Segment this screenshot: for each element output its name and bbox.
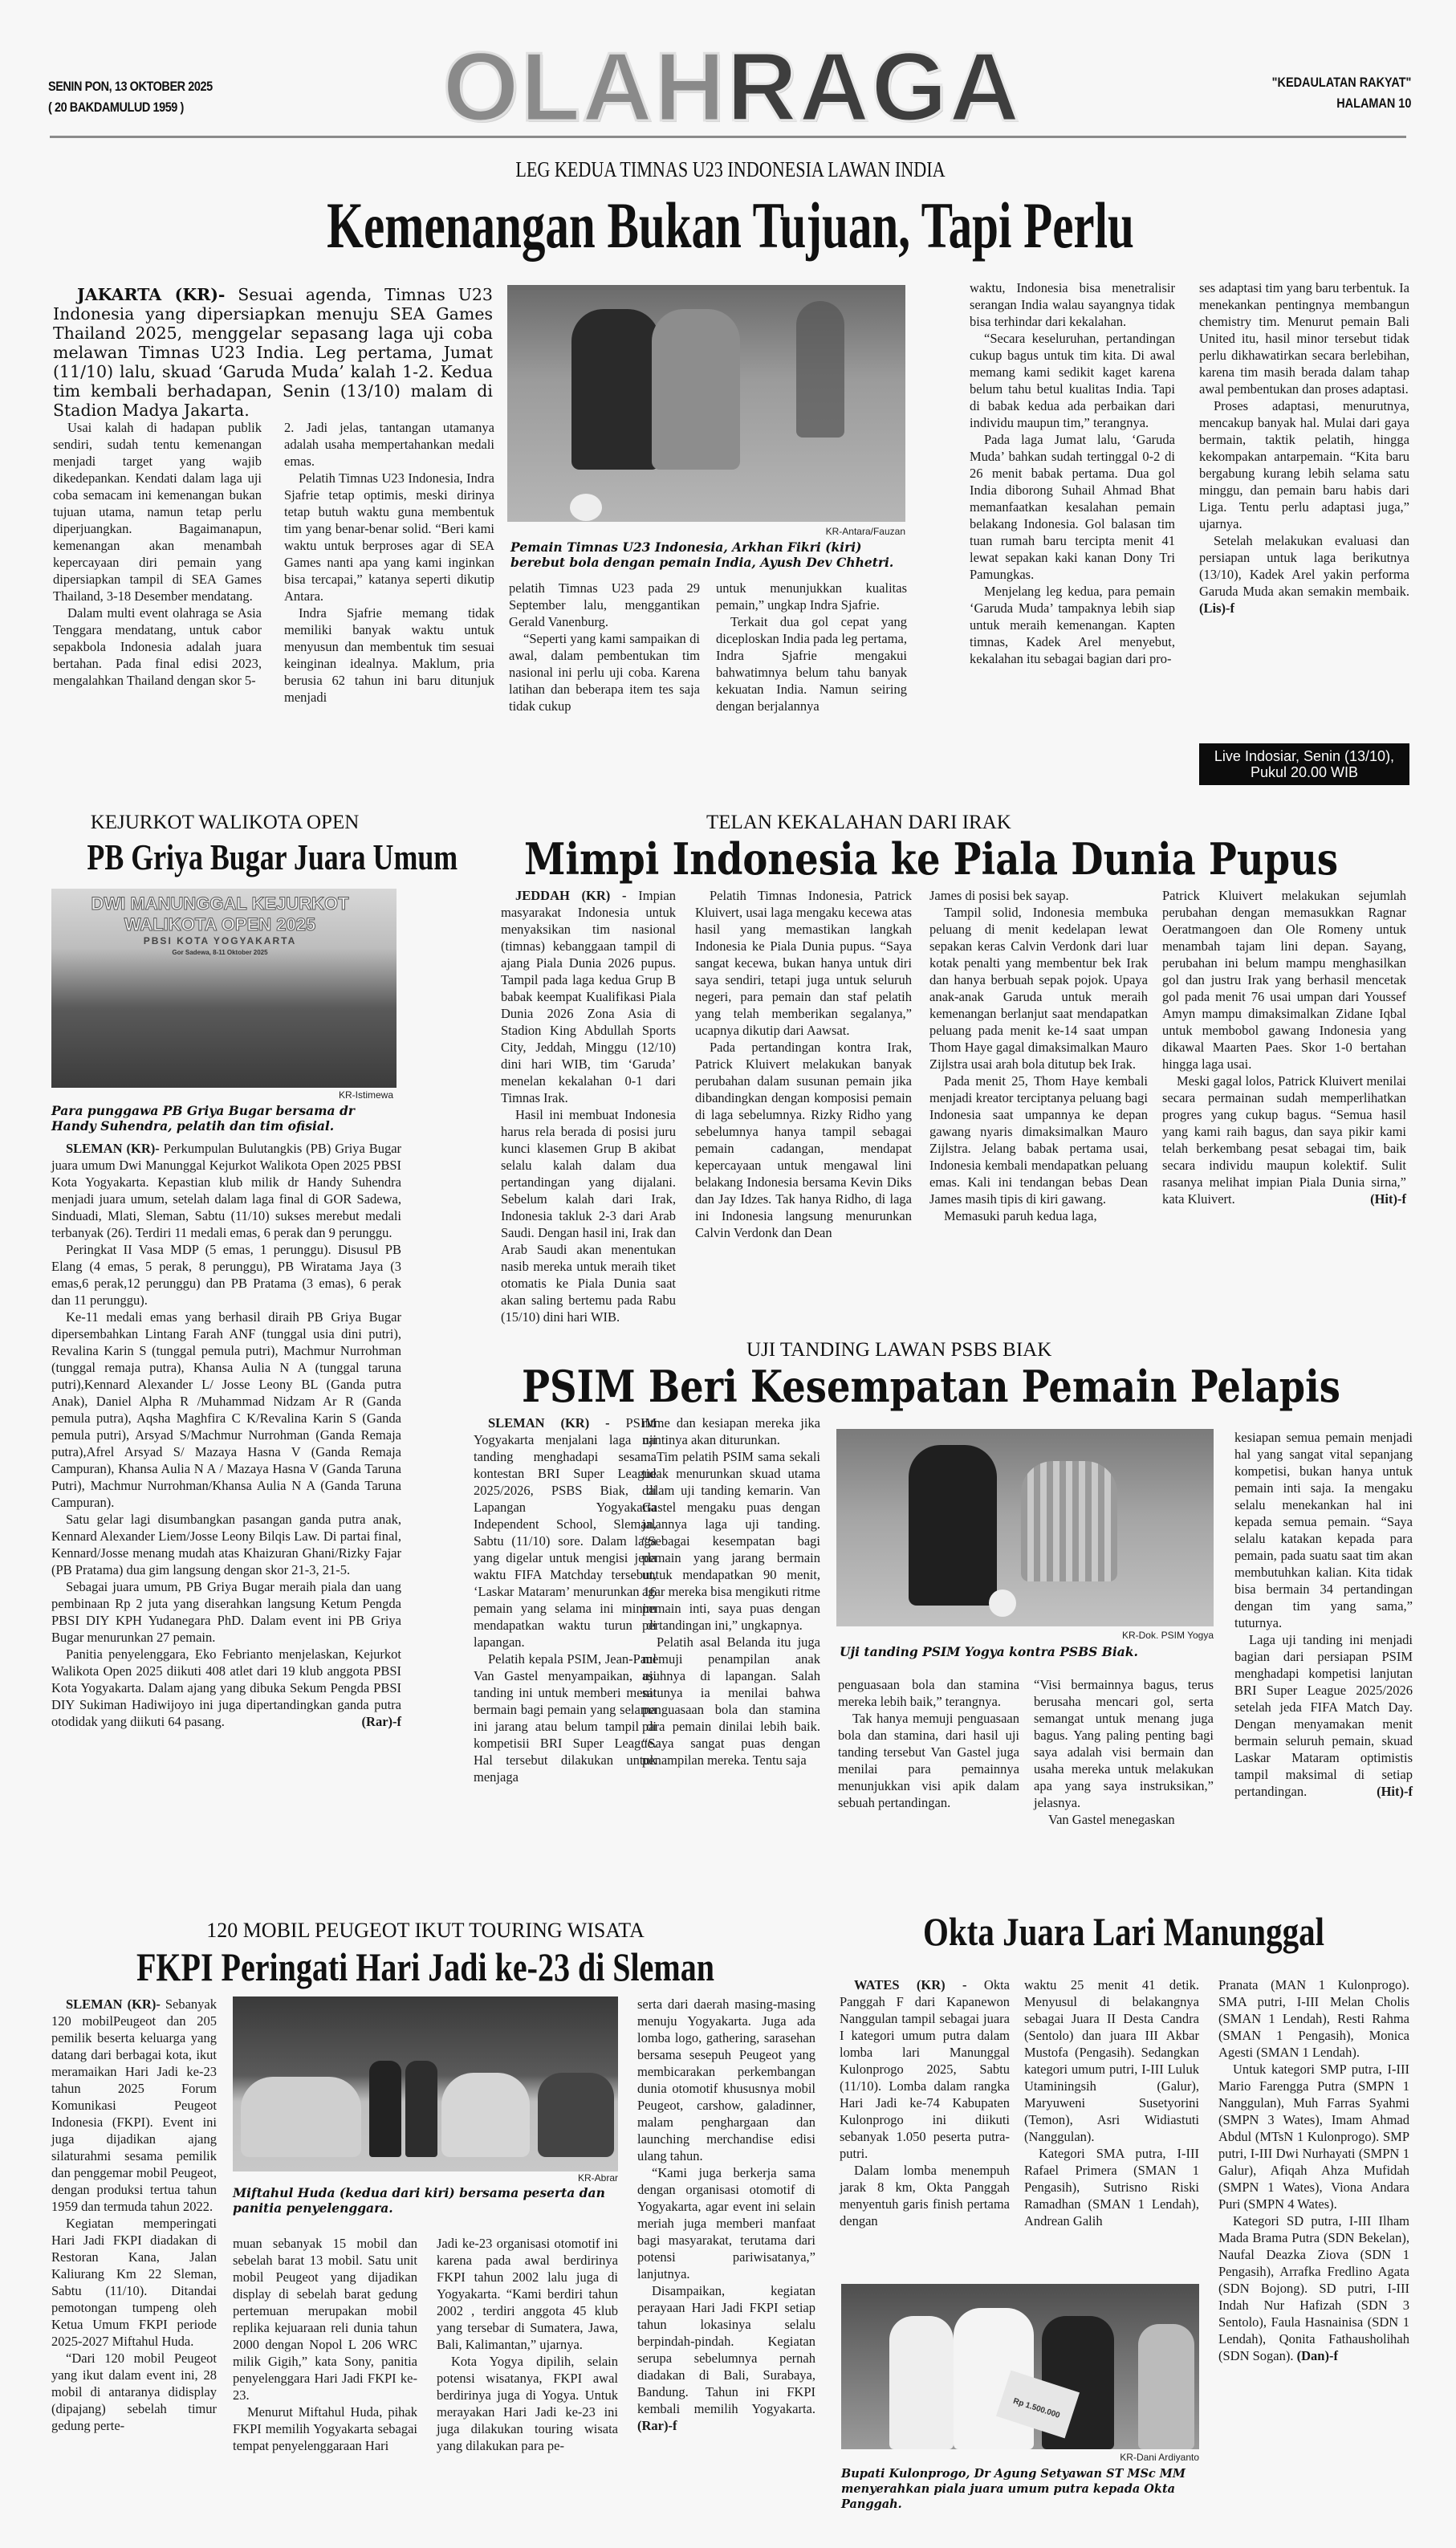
person-figure (405, 2061, 437, 2157)
signoff: (Lis)-f (1199, 600, 1234, 616)
article-column: pelatih Timnas U23 pada 29 September lal… (509, 580, 700, 714)
article-column: penguasaan bola dan stamina mereka lebih… (838, 1676, 1019, 1811)
person-figure (889, 2316, 954, 2449)
photo-psim-match (836, 1429, 1214, 1626)
article-body: SLEMAN (KR)- Perkumpulan Bulutangkis (PB… (51, 1140, 401, 1730)
signoff: (Dan)-f (1297, 2348, 1338, 2363)
article-column: serta dari daerah masing-masing menuju Y… (637, 1996, 815, 2434)
paragraph: Terkait dua gol cepat yang diceploskan I… (716, 613, 907, 714)
person-figure (369, 2061, 401, 2157)
dateline: SLEMAN (KR)- (66, 1996, 161, 2012)
photo-caption: Pemain Timnas U23 Indonesia, Arkhan Fikr… (510, 539, 909, 570)
paragraph: Untuk kategori SMP putra, I-III Mario Fa… (1218, 2061, 1409, 2212)
paragraph: waktu, Indonesia bisa menetralisir seran… (970, 279, 1175, 330)
article-column: muan sebanyak 15 mobil dan sebelah barat… (233, 2235, 417, 2454)
paragraph: untuk menunjukkan kualitas pemain,” ungk… (716, 580, 907, 613)
dateline: JEDDAH (KR) - (515, 888, 627, 903)
dateline: SLEMAN (KR)- (66, 1141, 160, 1156)
broadcast-line: Live Indosiar, Senin (13/10), (1202, 748, 1406, 764)
paragraph: “Visi bermainnya bagus, terus berusaha m… (1034, 1676, 1214, 1811)
dateline: SLEMAN (KR) - (488, 1415, 610, 1431)
article-column: Patrick Kluivert melakukan sejumlah peru… (1162, 887, 1406, 1207)
paragraph: Dalam lomba menempuh jarak 8 km, Okta Pa… (840, 2162, 1010, 2229)
date-line: SENIN PON, 13 OKTOBER 2025 (48, 76, 213, 97)
signoff: (Hit)-f (1356, 1191, 1406, 1207)
paragraph: Satu gelar lagi disumbangkan pasangan ga… (51, 1511, 401, 1578)
paragraph: Tampil solid, Indonesia membuka peluang … (929, 904, 1148, 1073)
logo-part-raga: RAGA (726, 47, 1021, 127)
article-headline: FKPI Peringati Hari Jadi ke-23 di Sleman (124, 1943, 727, 1991)
lead-text: Sesuai agenda, Timnas U23 Indonesia yang… (53, 285, 493, 420)
paragraph: PSIM Yogyakarta menjalani laga uji tandi… (474, 1415, 657, 1650)
paragraph: Impian masyarakat Indonesia untuk menyak… (501, 888, 676, 1105)
logo-part-olah: OLAH (443, 47, 727, 127)
paragraph: Dalam multi event olahraga se Asia Tengg… (53, 604, 262, 689)
photo-credit: KR-Antara/Fauzan (507, 526, 905, 537)
signoff: (Rar)-f (348, 1713, 401, 1730)
dateline: JAKARTA (KR)- (77, 285, 225, 304)
paragraph: Pada laga Jumat lalu, ‘Garuda Muda’ bahk… (970, 431, 1175, 583)
paragraph: Kategori SD putra, I-III Ilham Mada Bram… (1218, 2213, 1409, 2363)
article-column: Pranata (MAN 1 Kulonprogo). SMA putri, I… (1218, 1976, 1409, 2364)
article-kicker: LEG KEDUA TIMNAS U23 INDONESIA LAWAN IND… (171, 157, 1290, 182)
broadcast-time: Pukul 20.00 WIB (1202, 764, 1406, 780)
article-lead: JAKARTA (KR)- Sesuai agenda, Timnas U23 … (53, 285, 493, 420)
paragraph: Laga uji tanding ini menjadi bagian dari… (1234, 1632, 1413, 1799)
dateline: WATES (KR) - (854, 1977, 967, 1992)
paragraph: ses adaptasi tim yang baru terbentuk. Ia… (1199, 279, 1409, 397)
paragraph: Memasuki paruh kedua laga, (929, 1207, 1148, 1224)
player-figure (1021, 1461, 1117, 1581)
javanese-date: ( 20 BAKDAMULUD 1959 ) (48, 97, 213, 118)
paragraph: “Dari 120 mobil Peugeot yang ikut dalam … (51, 2350, 217, 2434)
banner-venue: Gor Sadewa, 8-11 Oktober 2025 (83, 949, 356, 956)
paragraph: Kota Yogya dipilih, selain potensi wisat… (437, 2353, 618, 2454)
car-figure (538, 2073, 614, 2157)
article-column: ritme dan kesiapan mereka jika nantinya … (642, 1414, 820, 1769)
paragraph: kesiapan semua pemain menjadi hal yang s… (1234, 1429, 1413, 1631)
ball (570, 494, 602, 521)
photo-caption: Para punggawa PB Griya Bugar bersama dr … (51, 1103, 401, 1134)
paragraph: Hasil ini membuat Indonesia harus rela b… (501, 1106, 676, 1325)
masthead-date: SENIN PON, 13 OKTOBER 2025 ( 20 BAKDAMUL… (48, 76, 213, 118)
broadcast-info-box: Live Indosiar, Senin (13/10), Pukul 20.0… (1199, 743, 1409, 785)
paragraph: Menjelang leg kedua, para pemain ‘Garuda… (970, 583, 1175, 667)
section-logo: OLAHRAGA (321, 47, 1143, 127)
paragraph: Pranata (MAN 1 Kulonprogo). SMA putri, I… (1218, 1976, 1409, 2061)
paragraph: Usai kalah di hadapan publik sendiri, su… (53, 419, 262, 604)
signoff: (Hit)-f (1362, 1783, 1413, 1800)
paragraph: Sebanyak 120 mobilPeugeot dan 205 pemili… (51, 1996, 217, 2214)
car-figure (441, 2073, 530, 2157)
paragraph: Kegiatan memperingati Hari Jadi FKPI dia… (51, 2215, 217, 2350)
paragraph: waktu 25 menit 41 detik. Menyusul di bel… (1024, 1976, 1199, 2145)
article-column: JEDDAH (KR) - Impian masyarakat Indonesi… (501, 887, 676, 1325)
paragraph: Tim pelatih PSIM sama sekali tidak menur… (642, 1448, 820, 1634)
paragraph: Setelah melakukan evaluasi dan persiapan… (1199, 533, 1409, 599)
paragraph: Pelatih Timnas Indonesia, Patrick Kluive… (695, 887, 912, 1039)
article-headline: Okta Juara Lari Manunggal (887, 1907, 1360, 1956)
article-column: SLEMAN (KR) - PSIM Yogyakarta menjalani … (474, 1414, 657, 1785)
paragraph: “Secara keseluruhan, pertandingan cukup … (970, 330, 1175, 431)
article-column: kesiapan semua pemain menjadi hal yang s… (1234, 1429, 1413, 1800)
paragraph: James di posisi bek sayap. (929, 887, 1148, 904)
article-headline: PSIM Beri Kesempatan Pemain Pelapis (517, 1362, 1345, 1410)
article-kicker: KEJURKOT WALIKOTA OPEN (48, 812, 401, 834)
car-figure (241, 2077, 361, 2157)
paragraph: “Kami juga berkerja sama dengan organisa… (637, 2164, 815, 2282)
paragraph: “Seperti yang kami sampaikan di awal, da… (509, 630, 700, 714)
paragraph: serta dari daerah masing-masing menuju Y… (637, 1996, 815, 2164)
banner-subtitle: WALIKOTA OPEN 2025 (83, 914, 356, 935)
article-kicker: 120 MOBIL PEUGEOT IKUT TOURING WISATA (48, 1919, 803, 1943)
paragraph: Ke-11 medali emas yang berhasil diraih P… (51, 1309, 401, 1511)
article-column: Jadi ke-23 organisasi otomotif ini karen… (437, 2235, 618, 2454)
paragraph: Sebagai juara umum, PB Griya Bugar merai… (51, 1578, 401, 1646)
photo-peugeot-cars (233, 1996, 618, 2171)
photo-credit: KR-Istimewa (51, 1089, 393, 1101)
photo-credit: KR-Abrar (233, 2172, 618, 2184)
article-column: WATES (KR) - Okta Panggah F dari Kapanew… (840, 1976, 1010, 2229)
paragraph: Kategori SMA putra, I-III Rafael Primera… (1024, 2145, 1199, 2229)
paragraph: Jadi ke-23 organisasi otomotif ini karen… (437, 2235, 618, 2353)
paragraph: Tak hanya memuji penguasaan bola dan sta… (838, 1710, 1019, 1811)
article-column: “Visi bermainnya bagus, terus berusaha m… (1034, 1676, 1214, 1828)
paragraph: Pada pertandingan kontra Irak, Patrick K… (695, 1039, 912, 1241)
paragraph: Pelatih kepala PSIM, Jean-Paul Van Gaste… (474, 1651, 657, 1785)
page-number: HALAMAN 10 (1271, 93, 1411, 114)
banner-organizer: PBSI KOTA YOGYAKARTA (83, 935, 356, 946)
paragraph: 2. Jadi jelas, tantangan utamanya adalah… (284, 419, 494, 470)
paragraph: Pelatih asal Belanda itu juga memuji pen… (642, 1634, 820, 1769)
masthead-publication: "KEDAULATAN RAKYAT" HALAMAN 10 (1271, 72, 1411, 114)
paragraph: penguasaan bola dan stamina mereka lebih… (838, 1676, 1019, 1710)
article-headline: PB Griya Bugar Juara Umum (87, 835, 362, 880)
article-column: waktu, Indonesia bisa menetralisir seran… (970, 279, 1175, 667)
article-headline: Kemenangan Bukan Tujuan, Tapi Perlu (239, 189, 1222, 262)
article-column: James di posisi bek sayap. Tampil solid,… (929, 887, 1148, 1224)
article-kicker: UJI TANDING LAWAN PSBS BIAK (746, 1339, 1228, 1362)
photo-credit: KR-Dok. PSIM Yogya (836, 1630, 1214, 1641)
person-figure (1138, 2324, 1194, 2449)
paragraph: ritme dan kesiapan mereka jika nantinya … (642, 1414, 820, 1448)
article-column: 2. Jadi jelas, tantangan utamanya adalah… (284, 419, 494, 706)
article-kicker: TELAN KEKALAHAN DARI IRAK (706, 812, 1204, 834)
player-figure (571, 309, 660, 470)
paragraph: Proses adaptasi, menurutnya, mencakup ba… (1199, 397, 1409, 532)
paragraph: Menurut Miftahul Huda, pihak FKPI memili… (233, 2404, 417, 2454)
signoff: (Rar)-f (637, 2418, 677, 2433)
player-figure (652, 309, 740, 470)
paragraph: Okta Panggah F dari Kapanewon Nanggulan … (840, 1977, 1010, 2161)
article-column: Pelatih Timnas Indonesia, Patrick Kluive… (695, 887, 912, 1241)
paragraph: Indra Sjafrie memang tidak memiliki bany… (284, 604, 494, 706)
article-column: ses adaptasi tim yang baru terbentuk. Ia… (1199, 279, 1409, 617)
article-column: untuk menunjukkan kualitas pemain,” ungk… (716, 580, 907, 714)
article-headline: Mimpi Indonesia ke Piala Dunia Pupus (517, 835, 1345, 883)
banner-title: DWI MANUNGGAL KEJURKOT (83, 893, 356, 914)
paragraph: Pelatih Timnas U23 Indonesia, Indra Sjaf… (284, 470, 494, 604)
paragraph: Patrick Kluivert melakukan sejumlah peru… (1162, 887, 1406, 1073)
paragraph: Disampaikan, kegiatan perayaan Hari Jadi… (637, 2283, 815, 2416)
paragraph: Van Gastel menegaskan (1034, 1811, 1214, 1828)
photo-badminton-team: DWI MANUNGGAL KEJURKOT WALIKOTA OPEN 202… (51, 889, 397, 1088)
paragraph: Meski gagal lolos, Patrick Kluivert meni… (1162, 1073, 1406, 1207)
photo-caption: Uji tanding PSIM Yogya kontra PSBS Biak. (840, 1644, 1217, 1659)
photo-caption: Miftahul Huda (kedua dari kiri) bersama … (233, 2185, 618, 2216)
photo-award-ceremony: Rp 1.500.000 (841, 2284, 1199, 2449)
paragraph: Pada menit 25, Thom Haye kembali menjadi… (929, 1073, 1148, 1207)
player-figure (796, 301, 844, 438)
article-column: waktu 25 menit 41 detik. Menyusul di bel… (1024, 1976, 1199, 2229)
player-figure (909, 1445, 997, 1606)
ball (989, 1589, 1016, 1617)
publication-name: "KEDAULATAN RAKYAT" (1271, 72, 1411, 93)
photo-credit: KR-Dani Ardiyanto (841, 2452, 1199, 2463)
article-column: Usai kalah di hadapan publik sendiri, su… (53, 419, 262, 689)
masthead-divider (50, 136, 1406, 138)
paragraph: muan sebanyak 15 mobil dan sebelah barat… (233, 2235, 417, 2404)
photo-football-match (507, 285, 905, 522)
article-column: SLEMAN (KR)- Sebanyak 120 mobilPeugeot d… (51, 1996, 217, 2434)
photo-caption: Bupati Kulonprogo, Dr Agung Setyawan ST … (841, 2466, 1199, 2512)
paragraph: pelatih Timnas U23 pada 29 September lal… (509, 580, 700, 630)
paragraph: Peringkat II Vasa MDP (5 emas, 1 perungg… (51, 1241, 401, 1309)
